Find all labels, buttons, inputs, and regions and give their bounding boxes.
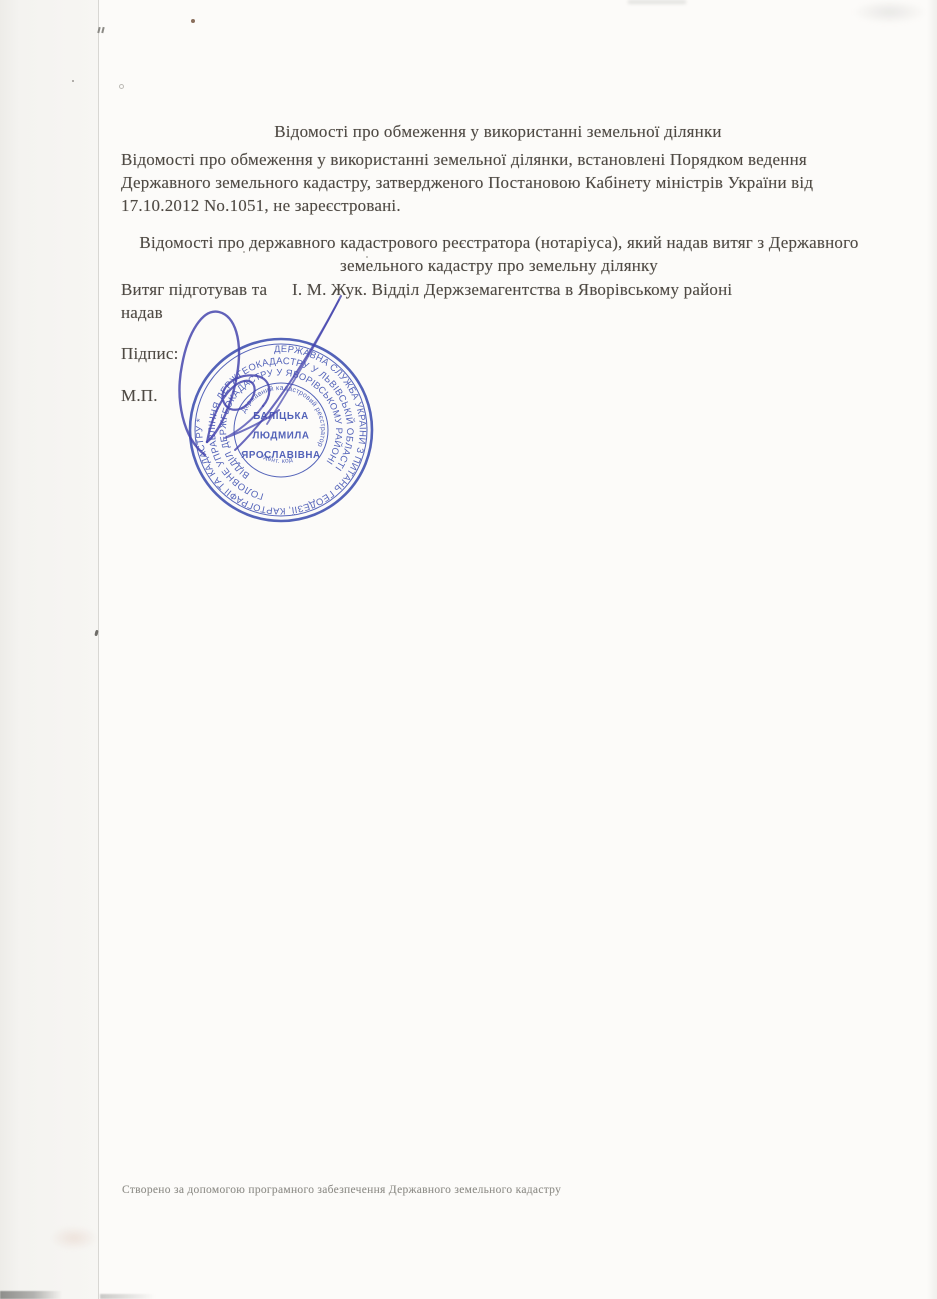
scan-smudge [852, 0, 927, 24]
handwritten-signature [155, 280, 365, 470]
scan-tick-marks [97, 27, 106, 34]
scan-left-fold-strip [0, 0, 99, 1299]
restrictions-paragraph: Відомості про обмеження у використанні з… [121, 148, 873, 217]
scan-speck [191, 19, 195, 23]
scan-speck [119, 84, 124, 89]
prepared-by-value: І. М. Жук. Відділ Держземагентства в Яво… [292, 278, 877, 301]
scan-smudge [50, 1226, 98, 1250]
scan-speck [366, 256, 368, 258]
scan-speck [72, 80, 74, 82]
registrar-section-heading: Відомості про державного кадастрового ре… [121, 231, 877, 277]
scan-corner-shadow [100, 1294, 155, 1299]
scan-corner-shadow [0, 1291, 62, 1299]
scan-speck [243, 251, 245, 253]
document-title: Відомості про обмеження у використанні з… [120, 120, 876, 144]
scanned-document-page: Відомості про обмеження у використанні з… [0, 0, 937, 1299]
scan-right-edge-shade [927, 0, 937, 1299]
seal-place-label: М.П. [121, 386, 158, 406]
footer-generated-note: Створено за допомогою програмного забезп… [122, 1184, 822, 1196]
scan-smudge [628, 0, 686, 4]
